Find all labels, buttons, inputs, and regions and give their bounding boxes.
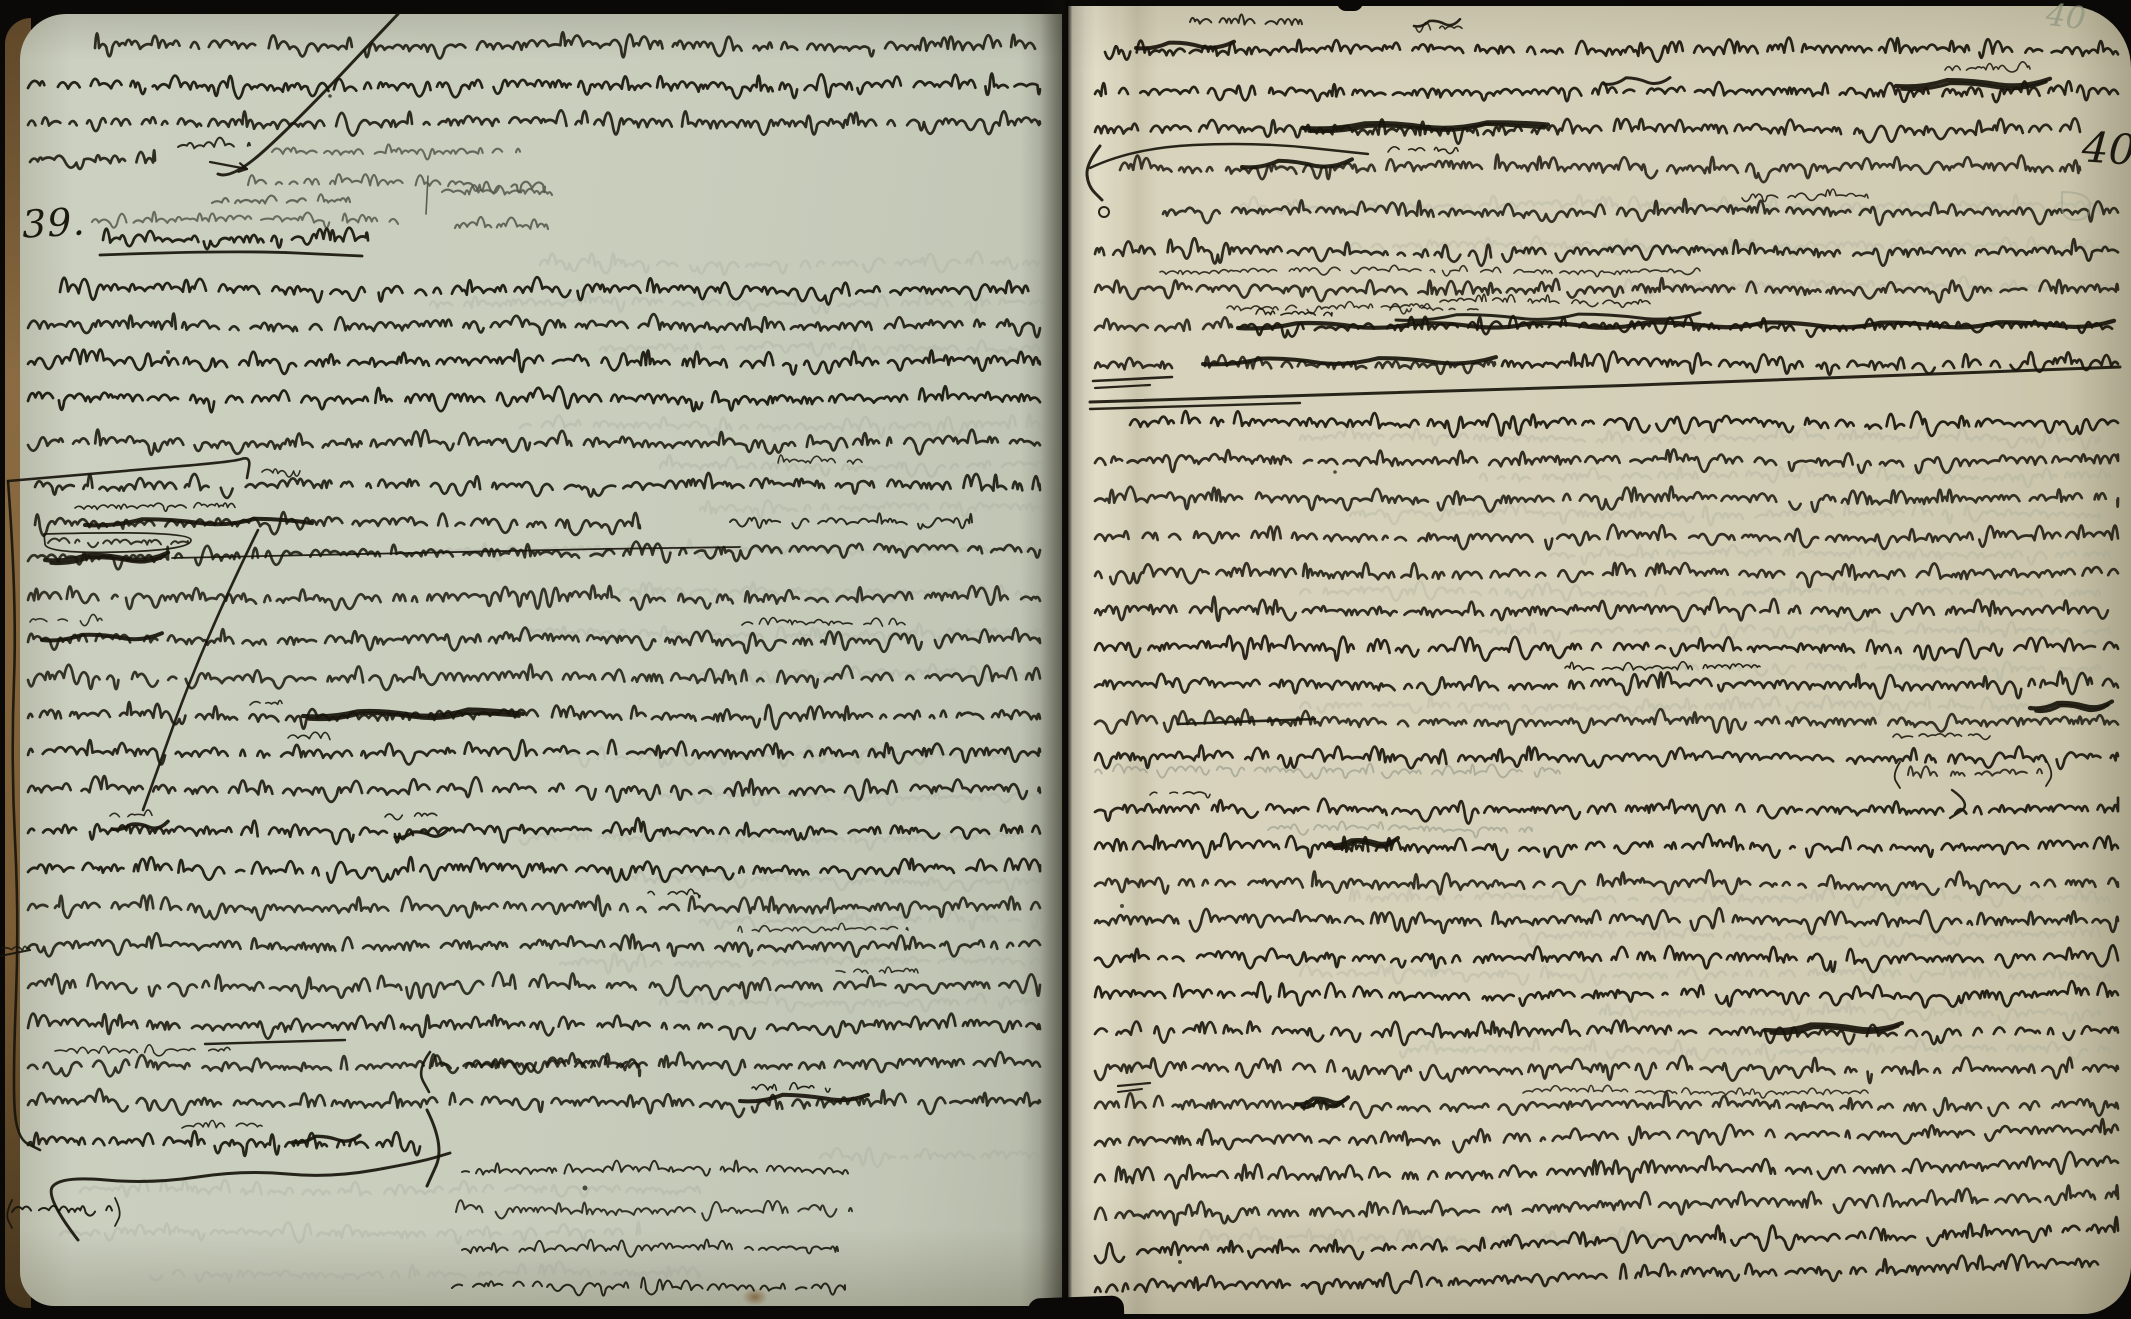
section-number: 39. xyxy=(21,202,86,243)
handwriting-layer xyxy=(0,0,2131,1319)
page-number-ink: 40 xyxy=(2081,126,2131,172)
manuscript-photo: 39. 40 40 xyxy=(0,0,2131,1319)
page-number-pencil: 40 xyxy=(2044,0,2087,35)
